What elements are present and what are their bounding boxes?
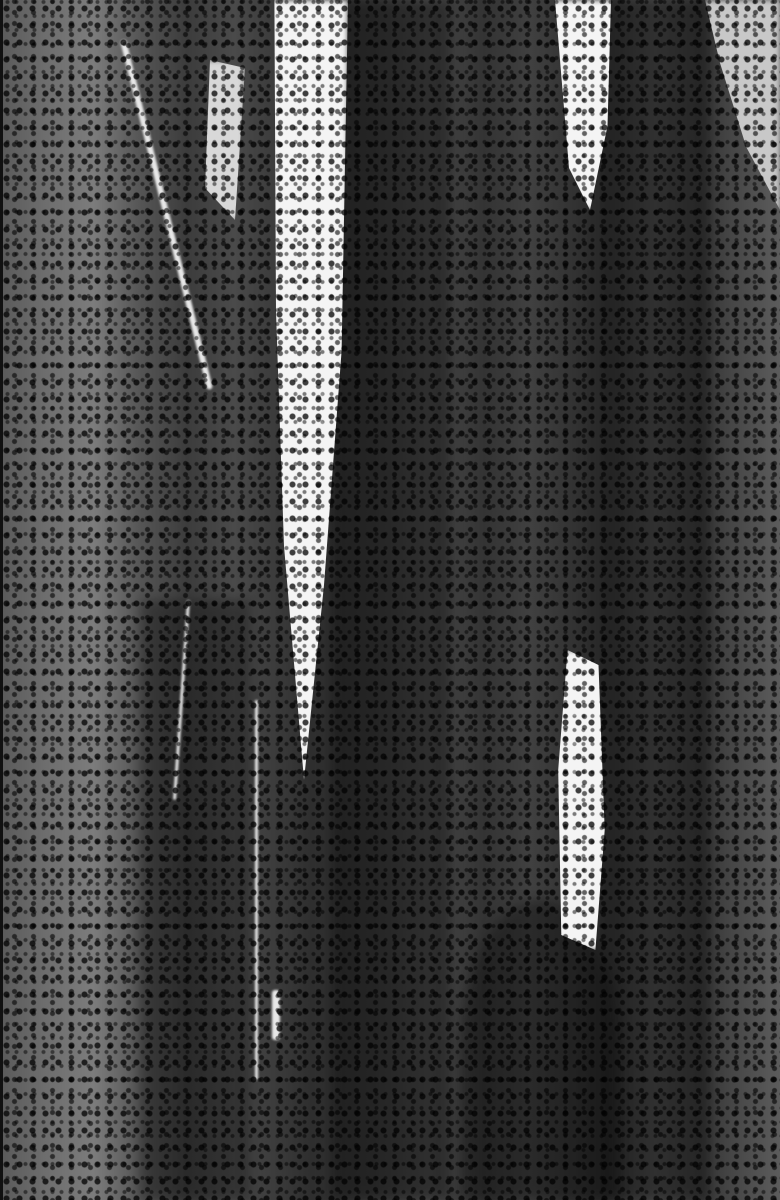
left-border [0,0,780,1200]
micrograph-image [0,0,780,1200]
